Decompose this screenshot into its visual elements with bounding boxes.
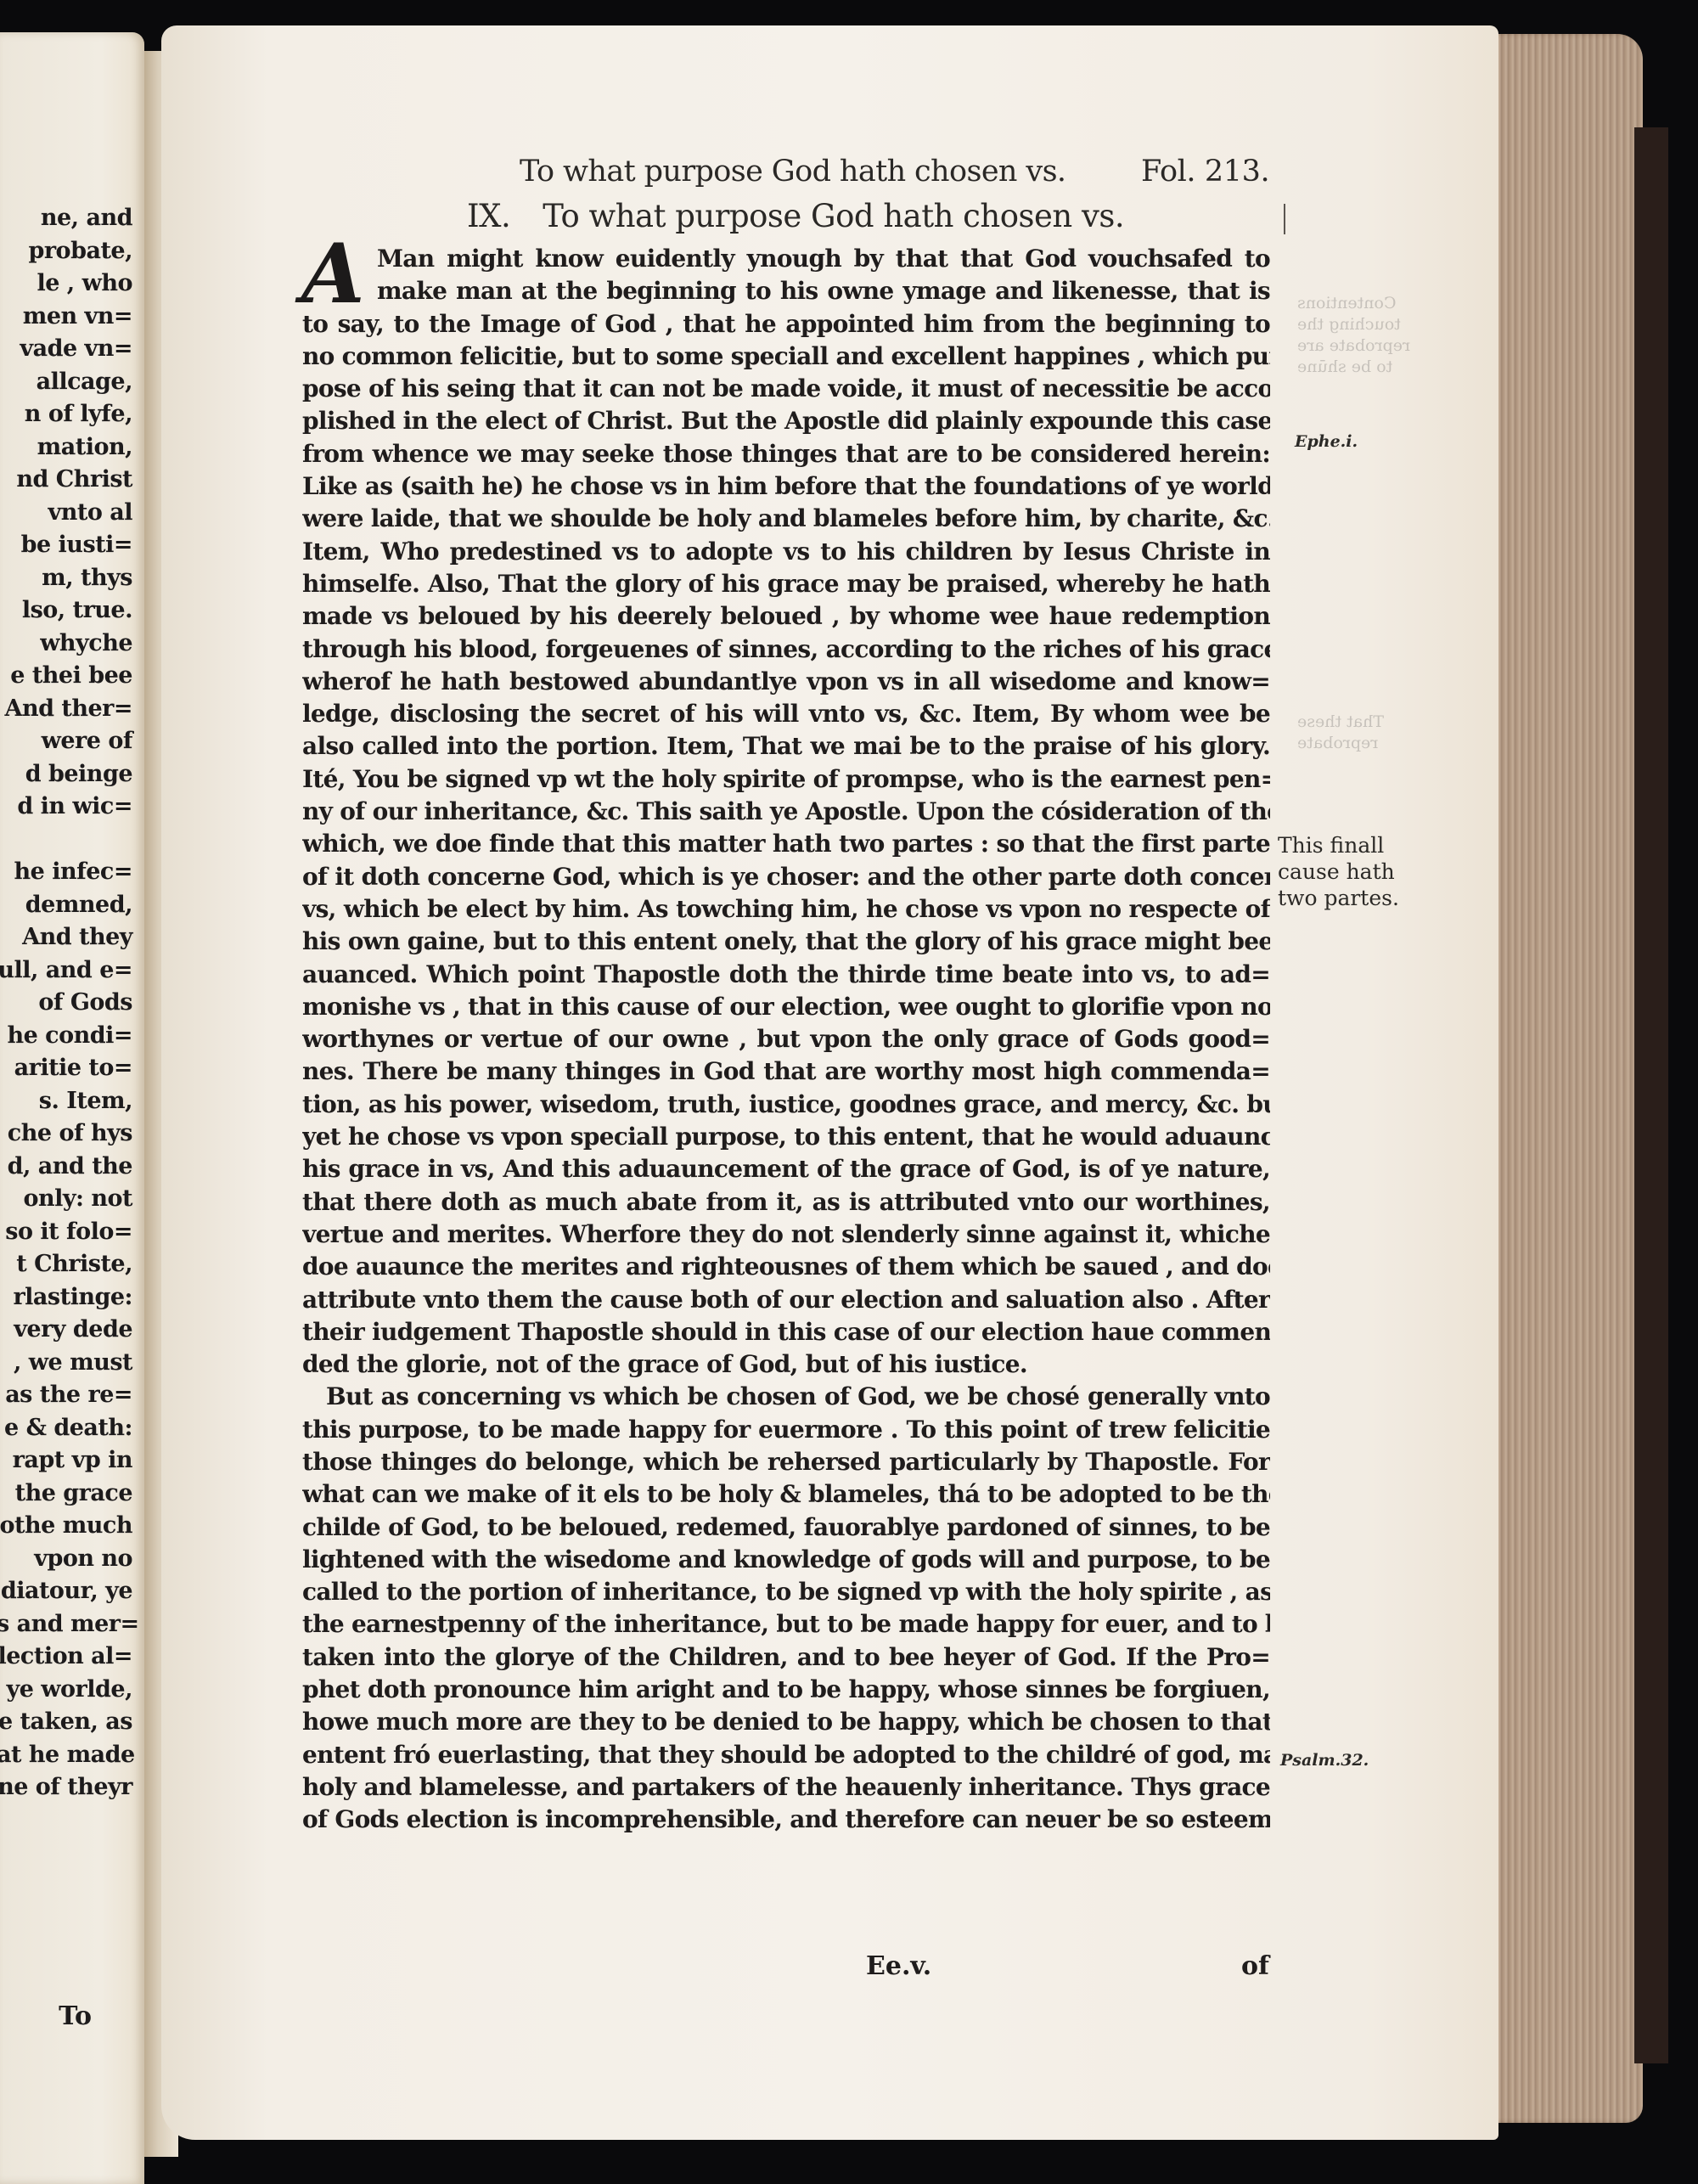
text-line: to say, to the Image of God , that he ap… xyxy=(302,308,1270,341)
left-page-line: d in wic= xyxy=(0,791,132,824)
signature-mark: Ee.v. xyxy=(866,1951,931,1981)
left-page-line: of Gods xyxy=(0,987,132,1020)
left-page-line: lso, true. xyxy=(0,594,132,628)
left-page-line: probate, xyxy=(0,235,132,268)
text-line: ded the glorie, not of the grace of God,… xyxy=(302,1348,1270,1381)
text-line: make man at the beginning to his owne ym… xyxy=(302,275,1270,307)
left-page-line xyxy=(0,824,132,857)
margin-note-line: This finall xyxy=(1278,832,1399,858)
text-line: what can we make of it els to be holy & … xyxy=(302,1478,1270,1511)
left-page-line: at he made xyxy=(0,1739,132,1772)
show-through-note: Contentions touching the reprobate are t… xyxy=(1297,293,1442,378)
catchword: of xyxy=(1241,1951,1269,1981)
text-line: which, we doe finde that this matter hat… xyxy=(302,828,1270,860)
text-line: through his blood, forgeuenes of sinnes,… xyxy=(302,633,1270,666)
left-page-line: ye worlde, xyxy=(0,1674,132,1707)
text-line: their iudgement Thapostle should in this… xyxy=(302,1316,1270,1348)
left-page-line: e taken, as xyxy=(0,1706,132,1739)
folio-number: Fol. 213. xyxy=(1141,155,1269,189)
show-through-note: That these reprobate xyxy=(1297,712,1442,754)
left-page-line: e & death: xyxy=(0,1412,132,1445)
left-page-line: he condi= xyxy=(0,1020,132,1053)
text-line: of it doth concerne God, which is ye cho… xyxy=(302,861,1270,893)
margin-note-line: cause hath xyxy=(1278,858,1399,885)
text-line: Man might know euidently ynough by that … xyxy=(302,243,1270,275)
text-line: vs, which be elect by him. As towching h… xyxy=(302,893,1270,926)
left-page-line: mation, xyxy=(0,431,132,464)
text-line: auanced. Which point Thapostle doth the … xyxy=(302,959,1270,991)
left-page-text-column: ne, andprobate,le , whomen vn=vade vn=al… xyxy=(0,202,132,1804)
text-line: those thinges do belonge, which be reher… xyxy=(302,1446,1270,1478)
text-line: But as concerning vs which be chosen of … xyxy=(302,1381,1270,1413)
text-line: childe of God, to be beloued, redemed, f… xyxy=(302,1511,1270,1544)
text-line: no common felicitie, but to some special… xyxy=(302,341,1270,373)
left-page-line: nd Christ xyxy=(0,464,132,497)
left-page-line: lection al= xyxy=(0,1641,132,1674)
text-line: called to the portion of inheritance, to… xyxy=(302,1576,1270,1608)
text-line: also called into the portion. Item, That… xyxy=(302,730,1270,763)
left-page-line: be iusti= xyxy=(0,529,132,562)
text-line: Ité, You be signed vp wt the holy spirit… xyxy=(302,763,1270,796)
left-page-line: vade vn= xyxy=(0,333,132,366)
left-page-line: vnto al xyxy=(0,497,132,530)
left-page-line: s and mer= xyxy=(0,1608,132,1641)
ghost-line: reprobate xyxy=(1297,733,1442,754)
left-page-line: m, thys xyxy=(0,562,132,595)
left-page-line: aritie to= xyxy=(0,1052,132,1085)
left-page-line: diatour, ye xyxy=(0,1575,132,1608)
text-line: made vs beloued by his deerely beloued ,… xyxy=(302,600,1270,633)
left-page-line: And they xyxy=(0,921,132,954)
left-page-catchword: To xyxy=(59,2001,92,2031)
running-head-title: To what purpose God hath chosen vs. xyxy=(520,155,1065,189)
margin-note-psalm: Psalm.32. xyxy=(1280,1748,1369,1774)
left-page-line: , we must xyxy=(0,1347,132,1380)
text-line: nes. There be many thinges in God that a… xyxy=(302,1055,1270,1088)
text-line: that there doth as much abate from it, a… xyxy=(302,1186,1270,1219)
left-page-line: demned, xyxy=(0,889,132,922)
page-fore-edge xyxy=(1482,34,1643,2123)
chapter-title: To what purpose God hath chosen vs. xyxy=(543,198,1124,234)
chapter-heading: IX.To what purpose God hath chosen vs. xyxy=(467,198,1124,234)
chapter-number: IX. xyxy=(467,198,510,234)
main-text-block: Man might know euidently ynough by that … xyxy=(302,243,1270,1837)
book-cover-edge xyxy=(1634,127,1668,2063)
ghost-line: touching the xyxy=(1297,314,1442,335)
text-line: Like as (saith he) he chose vs in him be… xyxy=(302,470,1270,503)
text-line: of Gods election is incomprehensible, an… xyxy=(302,1804,1270,1836)
text-line: lightened with the wisedome and knowledg… xyxy=(302,1544,1270,1576)
left-page-line: whyche xyxy=(0,628,132,661)
text-line: vertue and merites. Wherfore they do not… xyxy=(302,1219,1270,1251)
text-line: tion, as his power, wisedom, truth, iust… xyxy=(302,1089,1270,1121)
text-line: doe auaunce the merites and righteousnes… xyxy=(302,1251,1270,1283)
left-page-line: he infec= xyxy=(0,856,132,889)
text-line: Item, Who predestined vs to adopte vs to… xyxy=(302,536,1270,568)
margin-note-final-cause: This finall cause hath two partes. xyxy=(1278,832,1399,911)
text-line: entent fró euerlasting, that they should… xyxy=(302,1739,1270,1771)
left-page-line: ull, and e= xyxy=(0,954,132,988)
left-page-line: n of lyfe, xyxy=(0,398,132,431)
left-page-line: were of xyxy=(0,725,132,758)
left-page-line: vpon no xyxy=(0,1543,132,1576)
left-page-line: che of hys xyxy=(0,1117,132,1151)
left-page-line: othe much xyxy=(0,1510,132,1543)
text-line: the earnestpenny of the inheritance, but… xyxy=(302,1608,1270,1641)
text-line: holy and blamelesse, and partakers of th… xyxy=(302,1771,1270,1804)
text-line: worthynes or vertue of our owne , but vp… xyxy=(302,1023,1270,1055)
facing-left-page: ne, andprobate,le , whomen vn=vade vn=al… xyxy=(0,32,144,2184)
left-page-line: very dede xyxy=(0,1314,132,1347)
text-line: attribute vnto them the cause both of ou… xyxy=(302,1284,1270,1316)
margin-note-line: two partes. xyxy=(1278,885,1399,911)
margin-note-ephesians: Ephe.i. xyxy=(1295,429,1358,455)
text-line: taken into the glorye of the Children, a… xyxy=(302,1641,1270,1674)
text-line: from whence we may seeke those thinges t… xyxy=(302,438,1270,470)
left-page-line: s. Item, xyxy=(0,1085,132,1118)
text-line: plished in the elect of Christ. But the … xyxy=(302,405,1270,437)
left-page-line: only: not xyxy=(0,1183,132,1216)
left-page-line: allcage, xyxy=(0,366,132,399)
text-line: himselfe. Also, That the glory of his gr… xyxy=(302,568,1270,600)
text-line: phet doth pronounce him aright and to be… xyxy=(302,1674,1270,1706)
left-page-line: rlastinge: xyxy=(0,1281,132,1314)
text-line: ledge, disclosing the secret of his will… xyxy=(302,698,1270,730)
ghost-line: reprobate are xyxy=(1297,335,1442,357)
left-page-line: ne of theyr xyxy=(0,1771,132,1804)
left-page-line: as the re= xyxy=(0,1379,132,1412)
left-page-line: rapt vp in xyxy=(0,1444,132,1478)
text-line: howe much more are they to be denied to … xyxy=(302,1706,1270,1738)
left-page-line: so it folo= xyxy=(0,1216,132,1249)
text-line: his own gaine, but to this entent onely,… xyxy=(302,926,1270,958)
text-line: wherof he hath bestowed abundantlye vpon… xyxy=(302,666,1270,698)
left-page-line: And ther= xyxy=(0,693,132,726)
text-line: his grace in vs, And this aduauncement o… xyxy=(302,1153,1270,1185)
text-line: yet he chose vs vpon speciall purpose, t… xyxy=(302,1121,1270,1153)
left-page-line: d beinge xyxy=(0,758,132,791)
left-page-line: the grace xyxy=(0,1478,132,1511)
margin-bracket-mark xyxy=(1284,204,1285,234)
ghost-line: Contentions xyxy=(1297,293,1442,314)
ghost-line: That these xyxy=(1297,712,1442,733)
text-line: monishe vs , that in this cause of our e… xyxy=(302,991,1270,1023)
left-page-line: d, and the xyxy=(0,1151,132,1184)
left-page-line: e thei bee xyxy=(0,660,132,693)
text-line: were laide, that we shoulde be holy and … xyxy=(302,503,1270,535)
left-page-line: le , who xyxy=(0,267,132,301)
left-page-line: ne, and xyxy=(0,202,132,235)
ghost-line: to be shūne xyxy=(1297,357,1442,378)
text-line: this purpose, to be made happy for euerm… xyxy=(302,1414,1270,1446)
left-page-line: men vn= xyxy=(0,301,132,334)
text-line: ny of our inheritance, &c. This saith ye… xyxy=(302,796,1270,828)
left-page-line: t Christe, xyxy=(0,1248,132,1281)
text-line: pose of his seing that it can not be mad… xyxy=(302,373,1270,405)
